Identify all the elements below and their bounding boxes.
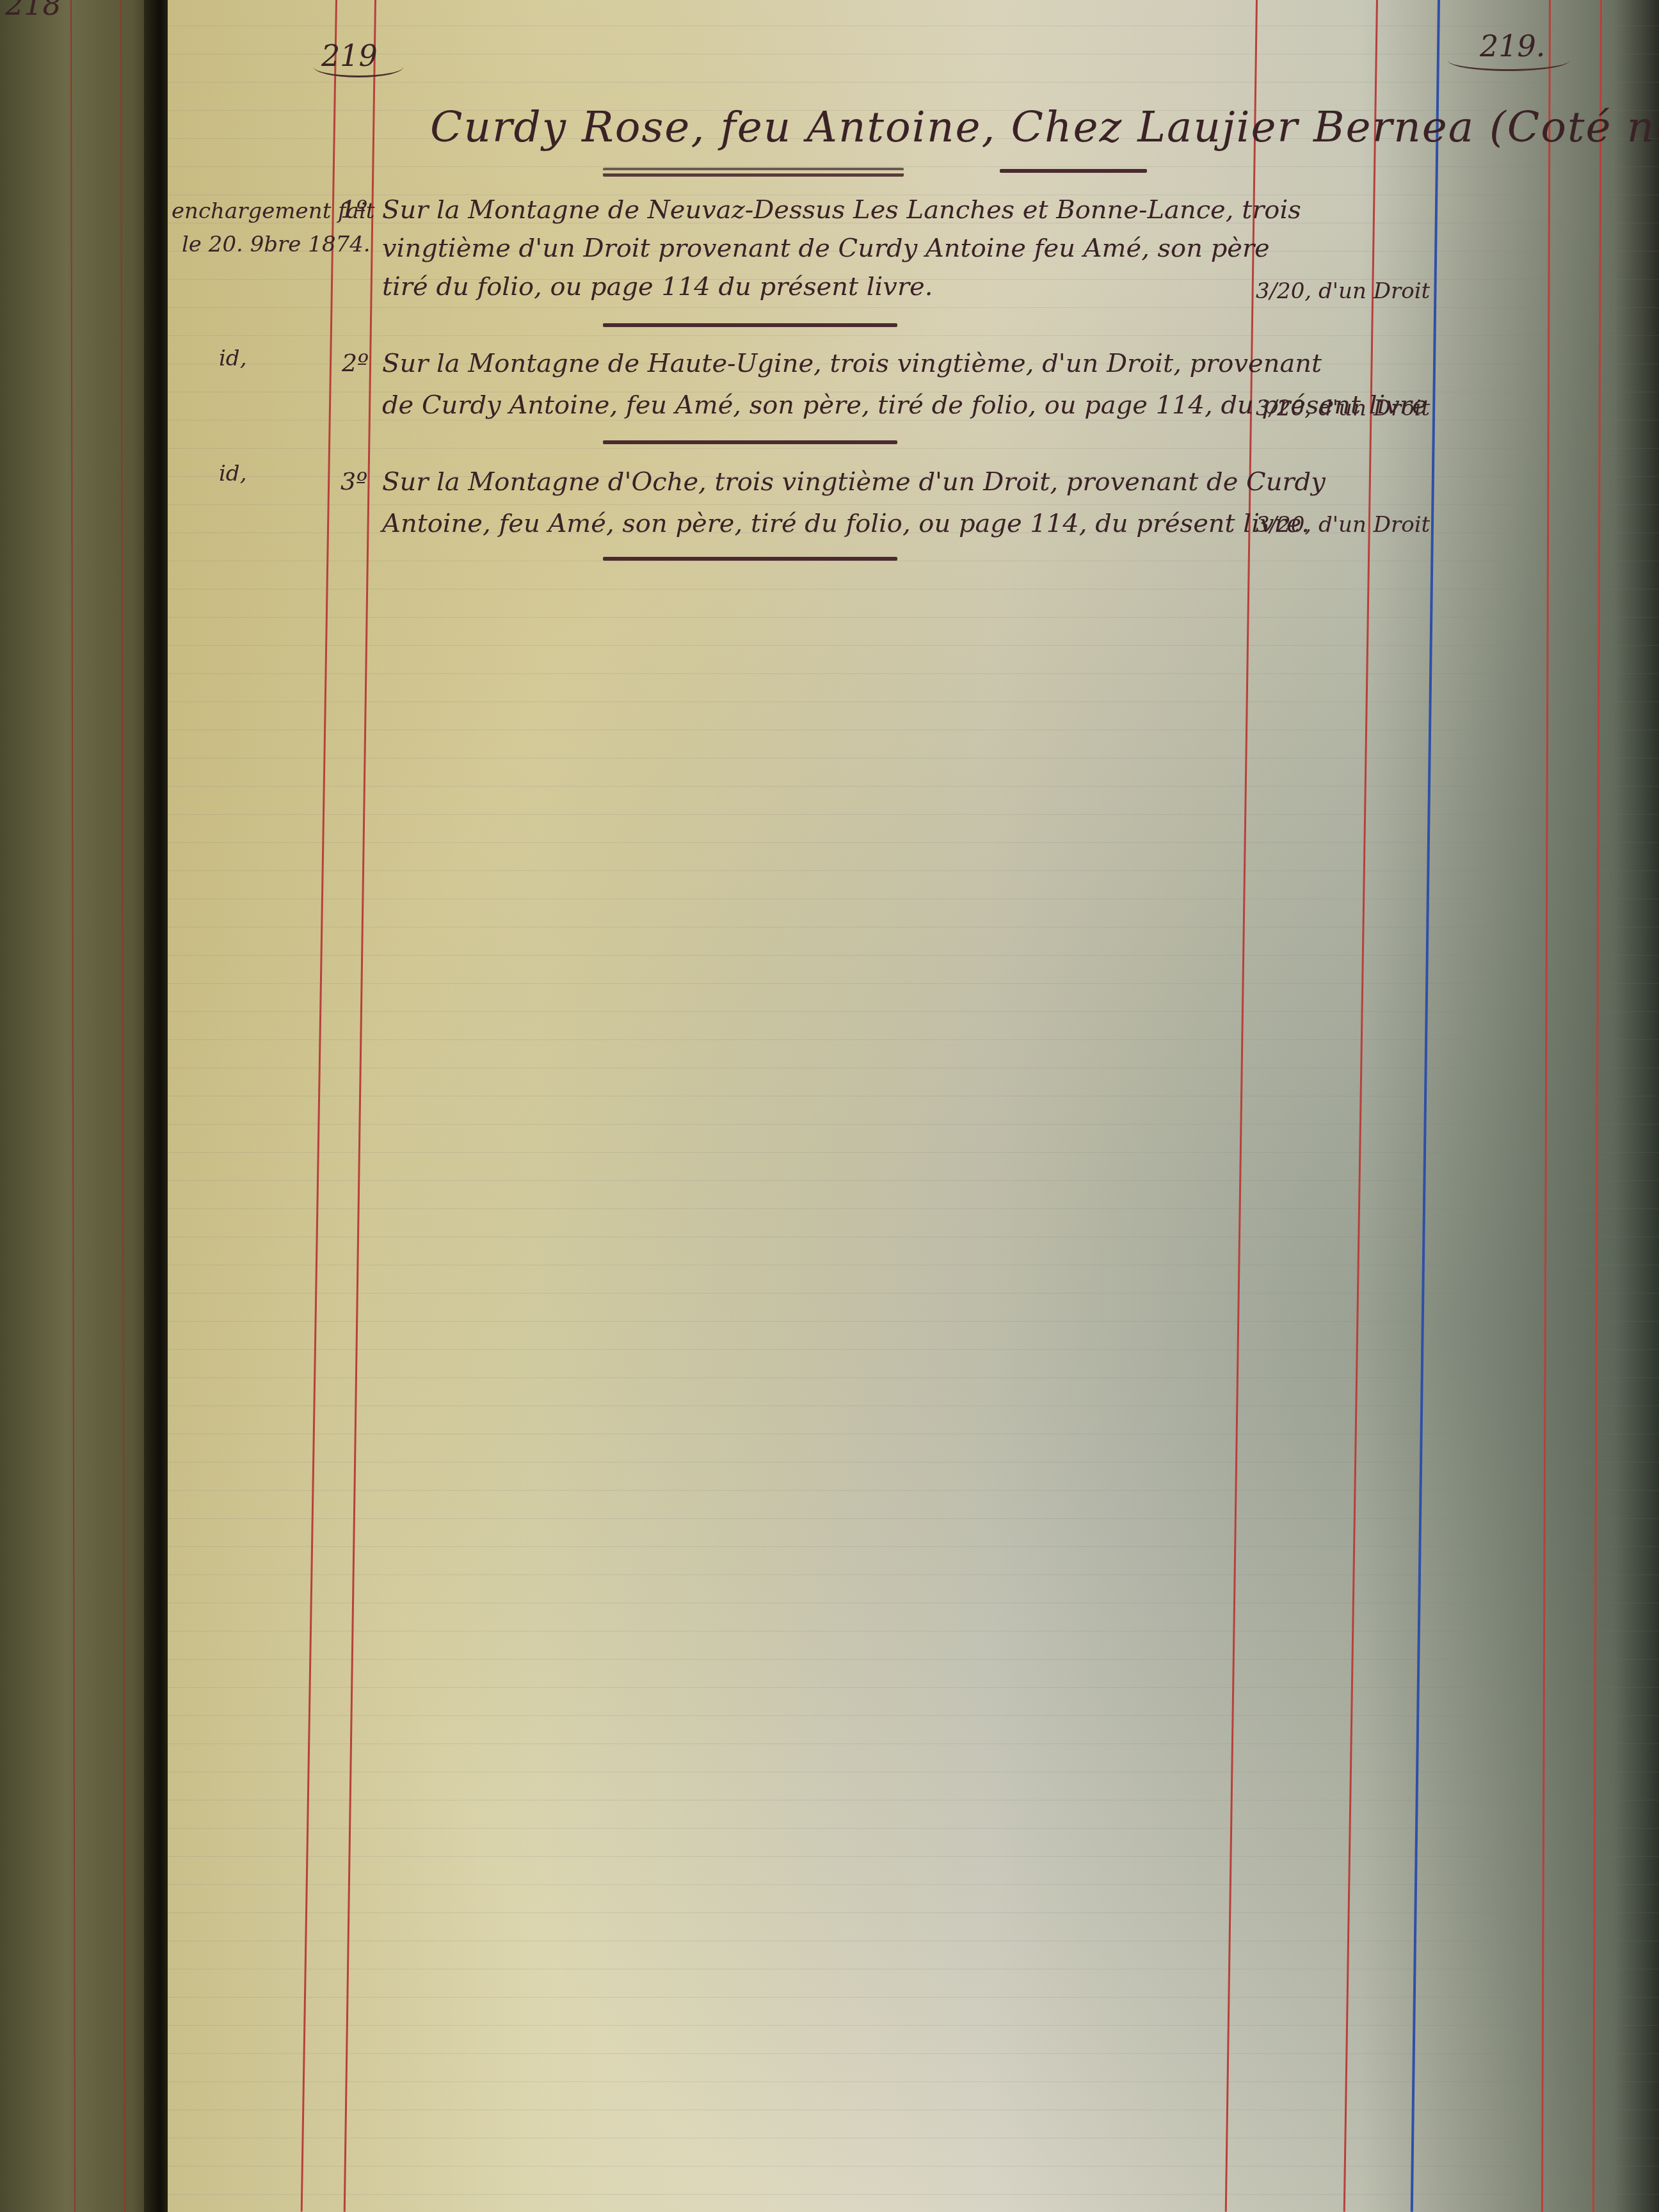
grid-line xyxy=(168,2166,1659,2167)
grid-line xyxy=(168,814,1659,815)
share-column-rule-left xyxy=(1225,0,1258,2212)
grid-line xyxy=(168,82,1659,83)
right-column-rule-2 xyxy=(1592,0,1602,2212)
header-separator-short xyxy=(1000,169,1147,173)
page-number-underline xyxy=(314,56,403,77)
grid-line xyxy=(168,1068,1659,1068)
grid-line xyxy=(168,1603,1659,1603)
grid-line xyxy=(168,54,1659,54)
grid-line xyxy=(168,1377,1659,1378)
entry-text-line: Antoine, feu Amé, son père, tiré du foli… xyxy=(382,509,1310,538)
entry-text-line: Sur la Montagne de Neuvaz-Dessus Les Lan… xyxy=(382,195,1301,225)
entry-number: 1º xyxy=(341,195,367,223)
grid-line xyxy=(168,1546,1659,1547)
grid-line xyxy=(168,589,1659,589)
ledger-page: 219 219. Curdy Rose, feu Antoine, Chez L… xyxy=(168,0,1659,2212)
grid-line xyxy=(168,2194,1659,2195)
grid-line xyxy=(168,1856,1659,1857)
left-page-rule xyxy=(120,0,125,2212)
grid-line xyxy=(168,1715,1659,1716)
grid-line xyxy=(168,1237,1659,1237)
entry-text-line: Sur la Montagne de Haute-Ugine, trois vi… xyxy=(382,349,1322,378)
register-header: Curdy Rose, feu Antoine, Chez Laujier Be… xyxy=(430,102,1659,152)
entry-number: 3º xyxy=(341,467,367,495)
grid-line xyxy=(168,1265,1659,1265)
grid-line xyxy=(168,1293,1659,1294)
entry-text-line: vingtième d'un Droit provenant de Curdy … xyxy=(382,234,1270,263)
blue-column-rule xyxy=(1411,0,1440,2212)
grid-line xyxy=(168,504,1659,505)
margin-note: id, xyxy=(219,346,246,371)
grid-line xyxy=(168,786,1659,787)
page-number-underline xyxy=(1448,50,1569,71)
grid-line xyxy=(168,1659,1659,1660)
entry-text-line: Sur la Montagne d'Oche, trois vingtième … xyxy=(382,467,1326,497)
grid-line xyxy=(168,899,1659,899)
entry-separator xyxy=(603,323,897,327)
grid-line xyxy=(168,617,1659,618)
grid-line xyxy=(168,1575,1659,1575)
grid-line xyxy=(168,1096,1659,1096)
grid-line xyxy=(168,1743,1659,1744)
right-column-rule-1 xyxy=(1541,0,1551,2212)
grid-line xyxy=(168,842,1659,843)
share-column-rule-right xyxy=(1343,0,1378,2212)
grid-line xyxy=(168,645,1659,646)
grid-line xyxy=(168,1011,1659,1012)
grid-line xyxy=(168,1631,1659,1631)
entry-share: 3/20, d'un Droit xyxy=(1256,512,1430,538)
grid-line xyxy=(168,2110,1659,2110)
grid-line xyxy=(168,1462,1659,1463)
grid-line xyxy=(168,1152,1659,1153)
entry-share: 3/20, d'un Droit xyxy=(1256,278,1430,304)
grid-line xyxy=(168,1434,1659,1434)
entry-separator xyxy=(603,440,897,444)
grid-line xyxy=(168,1884,1659,1885)
grid-line xyxy=(168,1969,1659,1969)
grid-line xyxy=(168,420,1659,421)
grid-line xyxy=(168,1349,1659,1350)
grid-line xyxy=(168,1321,1659,1322)
grid-line xyxy=(168,561,1659,561)
grid-line xyxy=(168,1208,1659,1209)
grid-line xyxy=(168,870,1659,871)
grid-line xyxy=(168,1039,1659,1040)
entry-share: 3/20, d'un Droit xyxy=(1256,396,1430,421)
grid-line xyxy=(168,927,1659,927)
left-page-number: 218 xyxy=(5,0,61,22)
grid-line xyxy=(168,2138,1659,2138)
grid-line xyxy=(168,1124,1659,1125)
grid-line xyxy=(168,1941,1659,1941)
grid-line xyxy=(168,1180,1659,1181)
grid-line xyxy=(168,26,1659,26)
grid-line xyxy=(168,1518,1659,1519)
grid-line xyxy=(168,673,1659,674)
grid-line xyxy=(168,2081,1659,2082)
grid-line xyxy=(168,1912,1659,1913)
grid-line xyxy=(168,955,1659,956)
grid-line xyxy=(168,2053,1659,2054)
entry-number: 2º xyxy=(342,349,369,377)
left-page-rule xyxy=(70,0,76,2212)
grid-line xyxy=(168,2025,1659,2026)
margin-note: id, xyxy=(219,461,246,486)
grid-line xyxy=(168,1828,1659,1829)
grid-line xyxy=(168,758,1659,758)
grid-line xyxy=(168,730,1659,730)
left-page: 218 xyxy=(0,0,166,2212)
entry-text-line: tiré du folio, ou page 114 du présent li… xyxy=(382,272,933,301)
grid-line xyxy=(168,448,1659,449)
grid-line xyxy=(168,1800,1659,1800)
entry-separator xyxy=(603,557,897,561)
grid-line xyxy=(168,701,1659,702)
margin-rule-2 xyxy=(344,0,376,2212)
grid-line xyxy=(168,1490,1659,1491)
grid-line xyxy=(168,1772,1659,1772)
grid-line xyxy=(168,1687,1659,1688)
grid-line xyxy=(168,1406,1659,1406)
margin-rule-1 xyxy=(301,0,337,2212)
grid-line xyxy=(168,983,1659,984)
margin-note-date: le 20. 9bre 1874. xyxy=(182,232,371,257)
header-separator xyxy=(603,168,904,177)
grid-line xyxy=(168,1997,1659,1998)
